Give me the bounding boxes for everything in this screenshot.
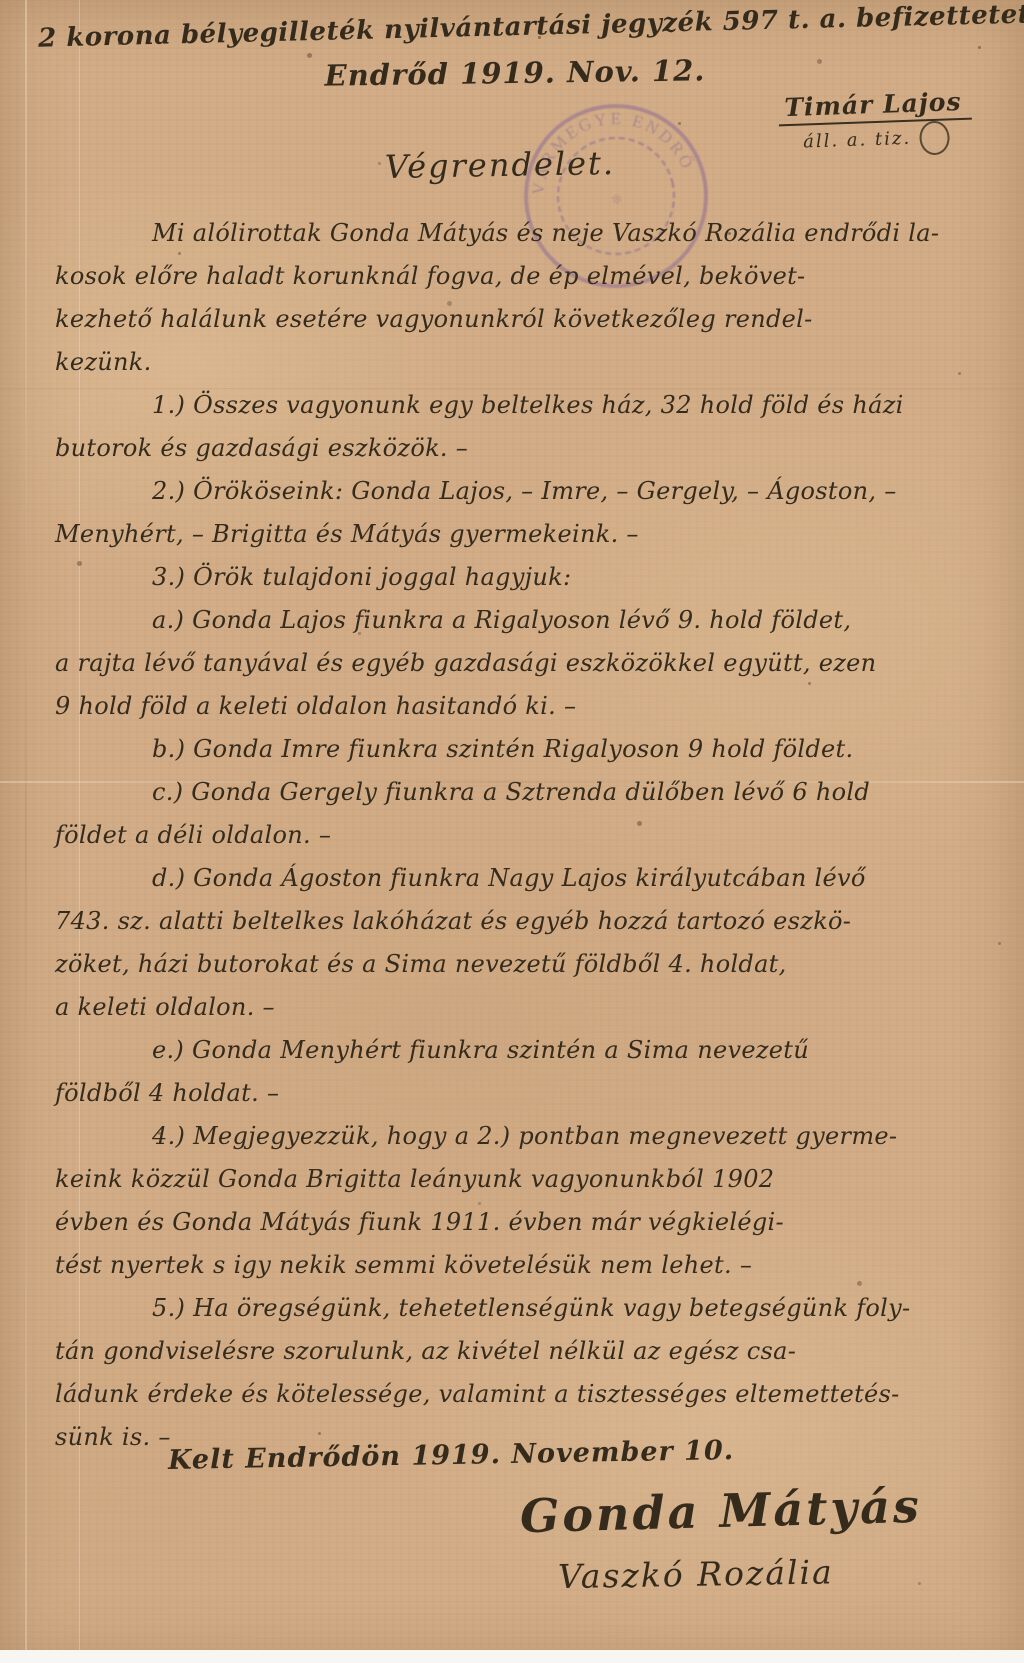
document-line: b.) Gonda Imre fiunkra szintén Rigalyoso…: [55, 728, 985, 771]
vertical-fold-line: [25, 0, 27, 1663]
document-line: évben és Gonda Mátyás fiunk 1911. évben …: [55, 1201, 985, 1244]
document-line: 4.) Megjegyezzük, hogy a 2.) pontban meg…: [55, 1115, 985, 1158]
document-line: zöket, házi butorokat és a Sima nevezetű…: [55, 943, 985, 986]
document-page: 2 korona bélyegilleték nyilvántartási je…: [0, 0, 1024, 1663]
will-body: Mi alólirottak Gonda Mátyás és neje Vasz…: [55, 212, 985, 1459]
document-line: a keleti oldalon. –: [55, 986, 985, 1029]
signature-gonda-matyas: Gonda Mátyás: [519, 1479, 922, 1543]
document-line: kezhető halálunk esetére vagyonunkról kö…: [55, 298, 985, 341]
document-line: d.) Gonda Ágoston fiunkra Nagy Lajos kir…: [55, 857, 985, 900]
fee-place-date: Endrőd 1919. Nov. 12.: [130, 51, 900, 96]
document-line: 9 hold föld a keleti oldalon hasitandó k…: [55, 685, 985, 728]
document-line: Menyhért, – Brigitta és Mátyás gyermekei…: [55, 513, 985, 556]
document-line: keink közzül Gonda Brigitta leányunk vag…: [55, 1158, 985, 1201]
document-line: tán gondviselésre szorulunk, az kivétel …: [55, 1330, 985, 1373]
document-line: a.) Gonda Lajos fiunkra a Rigalyoson lév…: [55, 599, 985, 642]
document-line: 743. sz. alatti beltelkes lakóházat és e…: [55, 900, 985, 943]
signature-block: Gonda Mátyás Vaszkó Rozália: [520, 1484, 922, 1593]
document-line: kezünk.: [55, 341, 985, 384]
document-title: Végrendelet.: [0, 137, 1000, 192]
signature-vaszko-rozalia: Vaszkó Rozália: [558, 1551, 922, 1596]
document-line: c.) Gonda Gergely fiunkra a Sztrenda dül…: [55, 771, 985, 814]
document-line: a rajta lévő tanyával és egyéb gazdasági…: [55, 642, 985, 685]
document-line: földet a déli oldalon. –: [55, 814, 985, 857]
document-line: e.) Gonda Menyhért fiunkra szintén a Sim…: [55, 1029, 985, 1072]
document-line: ládunk érdeke és kötelessége, valamint a…: [55, 1373, 985, 1416]
document-line: földből 4 holdat. –: [55, 1072, 985, 1115]
document-line: Mi alólirottak Gonda Mátyás és neje Vasz…: [55, 212, 985, 255]
document-line: tést nyertek s igy nekik semmi követelés…: [55, 1244, 985, 1287]
stamp-duty-note: 2 korona bélyegilleték nyilvántartási je…: [38, 0, 998, 53]
document-line: 5.) Ha öregségünk, tehetetlenségünk vagy…: [55, 1287, 985, 1330]
document-line: 2.) Örököseink: Gonda Lajos, – Imre, – G…: [55, 470, 985, 513]
document-line: kosok előre haladt korunknál fogva, de é…: [55, 255, 985, 298]
stamp-center-mark: ✻: [610, 192, 624, 209]
document-line: butorok és gazdasági eszközök. –: [55, 427, 985, 470]
document-line: 3.) Örök tulajdoni joggal hagyjuk:: [55, 556, 985, 599]
document-line: 1.) Összes vagyonunk egy beltelkes ház, …: [55, 384, 985, 427]
scanner-edge-strip: [0, 1650, 1024, 1663]
